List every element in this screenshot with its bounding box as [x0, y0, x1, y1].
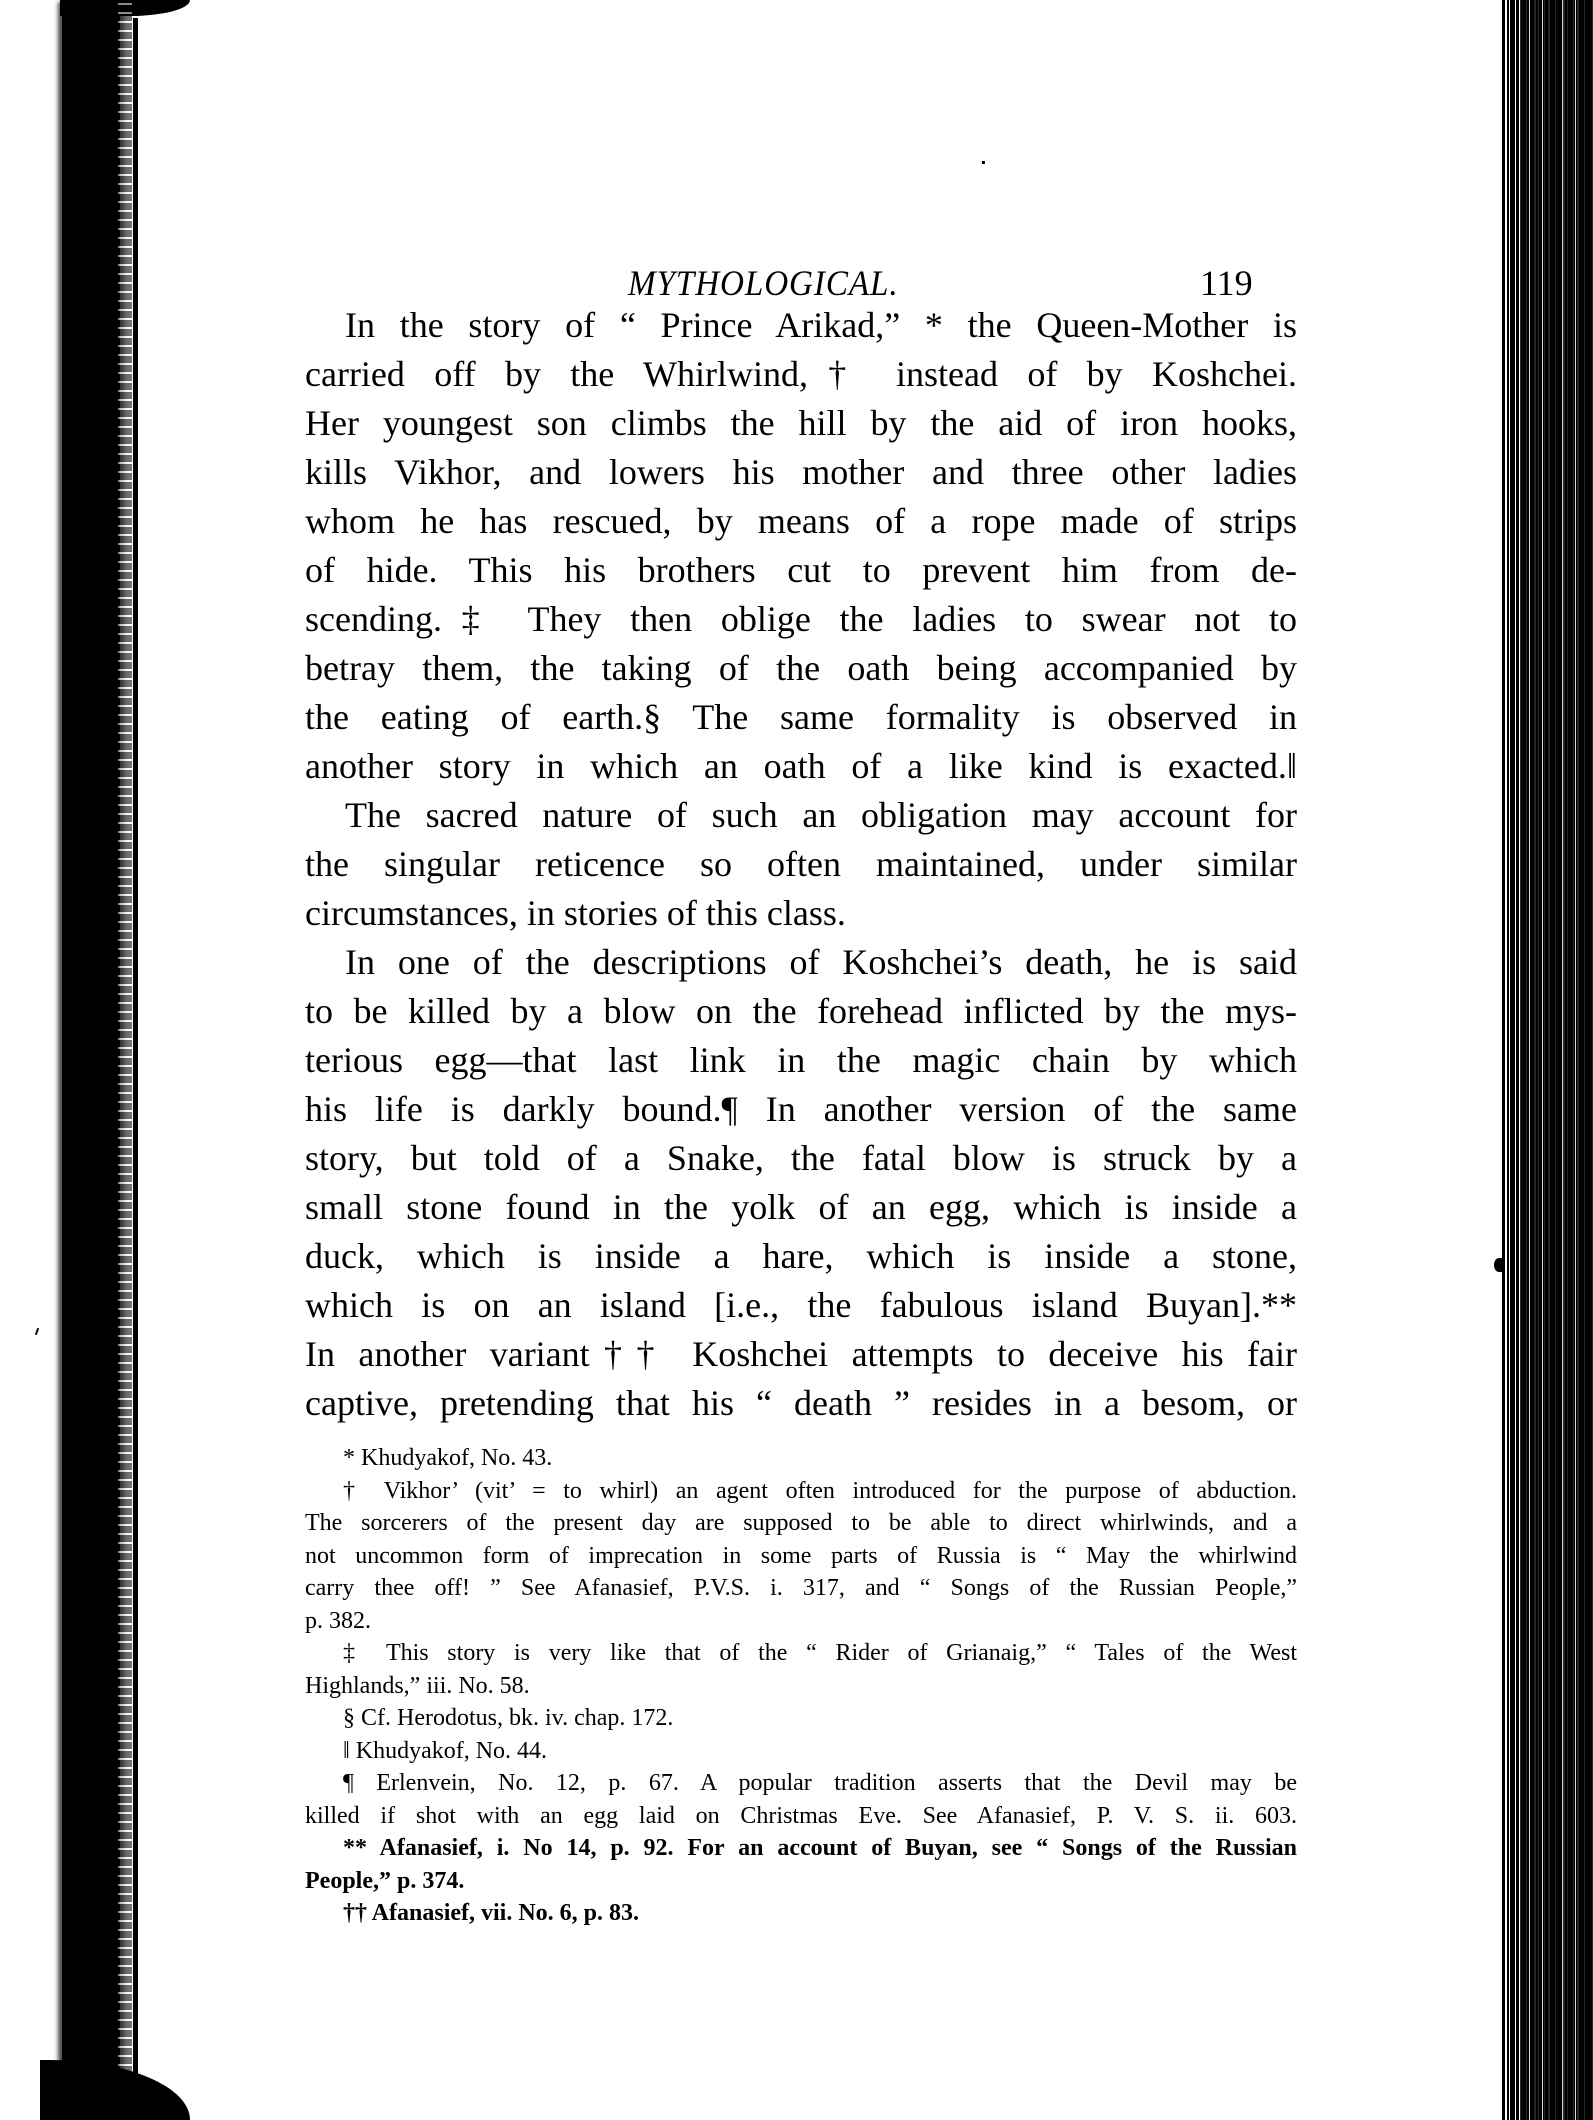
footnote-line: carry thee off! ” See Afanasief, P.V.S. … [305, 1574, 1297, 1602]
footnote-line: not uncommon form of imprecation in some… [305, 1542, 1297, 1570]
footnote-line: ‡ This story is very like that of the “ … [343, 1639, 1297, 1667]
body-line: another story in which an oath of a like… [305, 746, 1297, 786]
running-head: MYTHOLOGICAL. [628, 262, 899, 304]
body-line: betray them, the taking of the oath bein… [305, 648, 1297, 688]
footnote-line: People,” p. 374. [305, 1867, 1297, 1895]
body-line: to be killed by a blow on the forehead i… [305, 991, 1297, 1031]
footnote-line: * Khudyakof, No. 43. [343, 1444, 1297, 1472]
page-number: 119 [1200, 262, 1253, 304]
body-line: the eating of earth.§ The same formality… [305, 697, 1297, 737]
body-line: small stone found in the yolk of an egg,… [305, 1187, 1297, 1227]
binding-shadow [62, 0, 120, 2120]
footnote-line: ¶ Erlenvein, No. 12, p. 67. A popular tr… [343, 1769, 1297, 1797]
footnote-line: The sorcerers of the present day are sup… [305, 1509, 1297, 1537]
body-line: story, but told of a Snake, the fatal bl… [305, 1138, 1297, 1178]
footnote-line: Highlands,” iii. No. 58. [305, 1672, 1297, 1700]
body-line: The sacred nature of such an obligation … [345, 795, 1297, 835]
page-edge-mark [1494, 1258, 1504, 1272]
body-line: duck, which is inside a hare, which is i… [305, 1236, 1297, 1276]
footnote-line: †† Afanasief, vii. No. 6, p. 83. [343, 1899, 1297, 1927]
body-line: captive, pretending that his “ death ” r… [305, 1383, 1297, 1423]
body-line: which is on an island [i.e., the fabulou… [305, 1285, 1297, 1325]
body-line: kills Vikhor, and lowers his mother and … [305, 452, 1297, 492]
footnote-line: killed if shot with an egg laid on Chris… [305, 1802, 1297, 1830]
dust-speck [35, 1328, 39, 1335]
page-edges-dark [1520, 0, 1593, 2120]
binding-shadow-fade [118, 0, 132, 2120]
body-line: In the story of “ Prince Arikad,” * the … [345, 305, 1297, 345]
body-line: circumstances, in stories of this class. [305, 893, 1297, 933]
footnote-line: § Cf. Herodotus, bk. iv. chap. 172. [343, 1704, 1297, 1732]
footnote-line: † Vikhor’ (vit’ = to whirl) an agent oft… [343, 1477, 1297, 1505]
footnote-line: ** Afanasief, i. No 14, p. 92. For an ac… [343, 1834, 1297, 1862]
body-line: scending.‡ They then oblige the ladies t… [305, 599, 1297, 639]
footnote-line: ‖ Khudyakof, No. 44. [343, 1737, 1297, 1765]
body-line: his life is darkly bound.¶ In another ve… [305, 1089, 1297, 1129]
body-line: whom he has rescued, by means of a rope … [305, 501, 1297, 541]
body-line: In another variant†† Koshchei attempts t… [305, 1334, 1297, 1374]
body-line: In one of the descriptions of Koshchei’s… [345, 942, 1297, 982]
body-line: carried off by the Whirlwind,† instead o… [305, 354, 1297, 394]
body-line: Her youngest son climbs the hill by the … [305, 403, 1297, 443]
binding-edge-line [133, 18, 138, 2120]
body-line: terious egg—that last link in the magic … [305, 1040, 1297, 1080]
dust-speck [982, 161, 985, 164]
footnote-line: p. 382. [305, 1607, 1297, 1635]
body-line: the singular reticence so often maintain… [305, 844, 1297, 884]
body-line: of hide. This his brothers cut to preven… [305, 550, 1297, 590]
binding-shadow-bottom [40, 2060, 190, 2120]
